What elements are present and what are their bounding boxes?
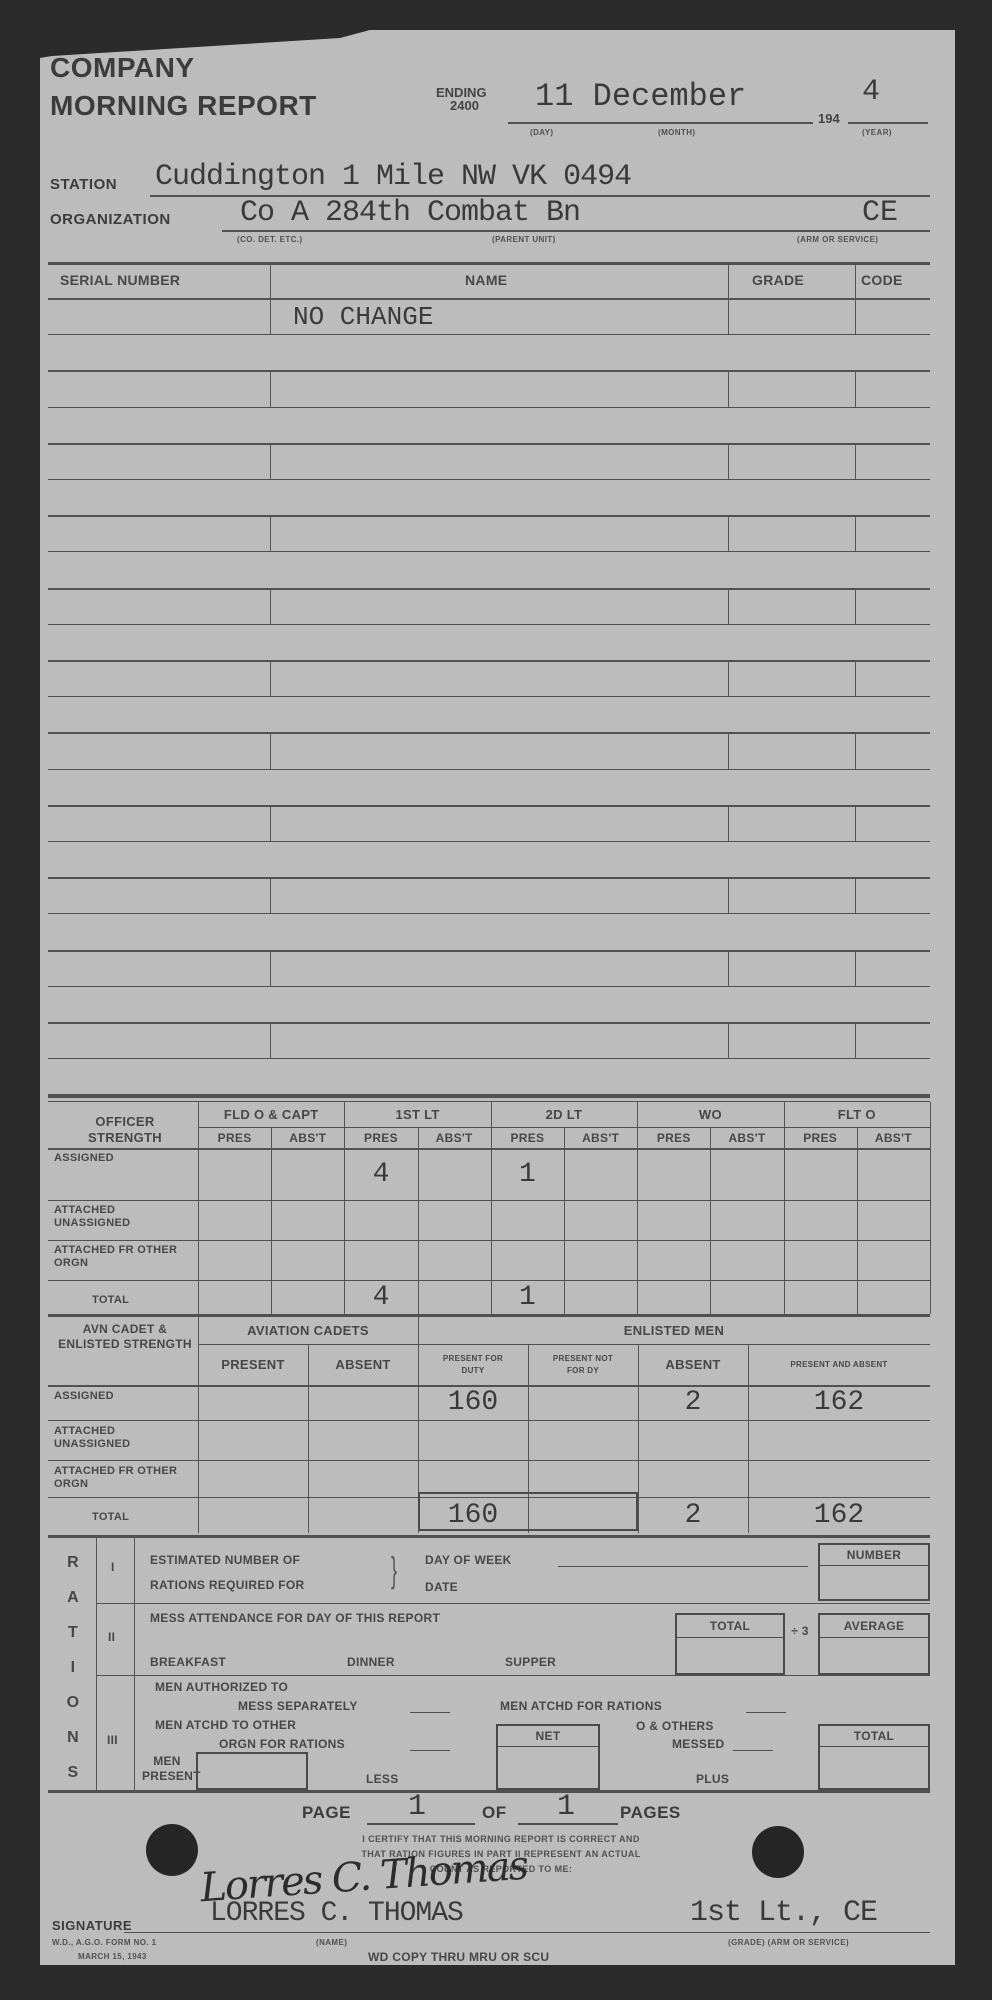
enlisted-men-header: ENLISTED MEN <box>418 1317 930 1344</box>
auth-line2: MESS SEPARATELY <box>238 1699 358 1713</box>
ending-time: 2400 <box>436 99 487 112</box>
caption-day: (DAY) <box>530 128 553 137</box>
officer-cell[interactable] <box>198 1200 271 1240</box>
enlisted-cell[interactable] <box>418 1420 528 1460</box>
report-date: 11 December <box>535 78 746 115</box>
officer-cell[interactable] <box>784 1240 857 1280</box>
rations-part1-bottom <box>96 1603 930 1604</box>
officer-cell[interactable] <box>491 1200 564 1240</box>
officer-cell[interactable] <box>198 1148 271 1200</box>
officer-cell[interactable] <box>271 1240 344 1280</box>
entry-row[interactable] <box>48 950 930 986</box>
enlisted-cell[interactable]: 2 <box>638 1497 748 1533</box>
officer-cell[interactable]: 1 <box>491 1280 564 1314</box>
enlisted-cell[interactable]: 162 <box>748 1385 930 1420</box>
caption-parent-unit: (PARENT UNIT) <box>492 235 556 244</box>
officer-col-divider <box>930 1102 931 1314</box>
enlisted-cell[interactable] <box>528 1420 638 1460</box>
mess-total-label: TOTAL <box>677 1615 783 1638</box>
form-number: W.D., A.G.O. FORM NO. 1 <box>52 1938 156 1947</box>
caption-year: (YEAR) <box>862 128 892 137</box>
caption-co-det: (CO. DET. ETC.) <box>237 235 303 244</box>
mess-total-box[interactable]: TOTAL <box>675 1613 785 1675</box>
enlisted-col-header: PRESENT NOT FOR DY <box>528 1344 638 1385</box>
enlisted-col-header: ABSENT <box>308 1344 418 1385</box>
enlisted-cell[interactable]: 162 <box>748 1497 930 1533</box>
arm-of-service-value: CE <box>862 196 898 230</box>
entry-row[interactable] <box>48 1022 930 1058</box>
col-header-grade: GRADE <box>752 272 804 288</box>
rations-part2-bottom <box>96 1675 930 1676</box>
officer-cell[interactable] <box>784 1280 857 1314</box>
officer-sub-header: PRES <box>637 1127 710 1148</box>
enlisted-cell[interactable] <box>528 1385 638 1420</box>
part3-numeral: III <box>107 1733 118 1747</box>
officer-cell[interactable]: 4 <box>344 1280 417 1314</box>
officer-cell[interactable] <box>710 1240 783 1280</box>
signature-line <box>124 1932 930 1933</box>
atchd-for-rations-field[interactable] <box>746 1712 786 1713</box>
part3-total-box[interactable]: TOTAL <box>818 1724 930 1790</box>
officer-cell[interactable] <box>198 1280 271 1314</box>
officer-cell[interactable]: 1 <box>491 1148 564 1200</box>
enlisted-cell[interactable] <box>198 1420 308 1460</box>
entry-row[interactable] <box>48 696 930 732</box>
officer-sub-header: PRES <box>491 1127 564 1148</box>
enlisted-row-label: ATTACHED FR OTHER ORGN <box>54 1465 194 1491</box>
entry-row[interactable] <box>48 298 930 334</box>
page-total: 1 <box>557 1790 575 1824</box>
caption-grade-arm: (GRADE) (ARM OR SERVICE) <box>728 1938 849 1947</box>
atchd-other-line1: MEN ATCHD TO OTHER <box>155 1718 296 1732</box>
entry-row[interactable] <box>48 551 930 587</box>
officer-cell[interactable] <box>564 1200 637 1240</box>
officer-row-label: ATTACHED UNASSIGNED <box>54 1204 194 1230</box>
officer-sub-header: ABS'T <box>418 1127 491 1148</box>
officer-cell[interactable] <box>271 1200 344 1240</box>
enlisted-cell[interactable] <box>308 1460 418 1497</box>
enlisted-row-label: ATTACHED UNASSIGNED <box>54 1425 194 1451</box>
ending-label: ENDING 2400 <box>436 86 487 112</box>
caption-arm-service: (ARM OR SERVICE) <box>797 235 878 244</box>
rations-divider-2 <box>134 1537 135 1790</box>
form-title-line2: MORNING REPORT <box>50 90 317 122</box>
part1-numeral: I <box>111 1560 115 1574</box>
header-col-divider <box>855 264 856 298</box>
part3-total-label: TOTAL <box>820 1726 928 1747</box>
officer-cell[interactable] <box>857 1280 930 1314</box>
form-date: MARCH 15, 1943 <box>78 1952 147 1961</box>
less-label: LESS <box>366 1772 399 1786</box>
copy-note: WD COPY THRU MRU OR SCU <box>368 1950 549 1964</box>
entry-row[interactable] <box>48 660 930 696</box>
officer-group-header: WO <box>637 1102 783 1127</box>
officer-sub-header: PRES <box>784 1127 857 1148</box>
officer-row-label: ASSIGNED <box>54 1152 194 1165</box>
brace-icon: } <box>391 1550 397 1590</box>
entry-row[interactable] <box>48 1058 930 1094</box>
year-prefix: 194 <box>818 111 840 126</box>
others-line2: MESSED <box>672 1737 724 1751</box>
officer-cell[interactable] <box>491 1240 564 1280</box>
part1-line2: RATIONS REQUIRED FOR <box>150 1578 304 1592</box>
average-box[interactable]: AVERAGE <box>818 1613 930 1675</box>
day-of-week-field[interactable] <box>558 1566 808 1567</box>
rations-divider-1 <box>96 1537 97 1790</box>
officer-row-label: ATTACHED FR OTHER ORGN <box>54 1244 194 1270</box>
part2-title: MESS ATTENDANCE FOR DAY OF THIS REPORT <box>150 1611 440 1625</box>
enlisted-strength-header: AVN CADET & ENLISTED STRENGTH <box>52 1322 198 1352</box>
officer-group-header: 2D LT <box>491 1102 637 1127</box>
enlisted-cell[interactable] <box>308 1497 418 1533</box>
men-present-line2: PRESENT <box>142 1769 192 1784</box>
signature-label: SIGNATURE <box>52 1918 132 1933</box>
officer-cell[interactable] <box>637 1240 710 1280</box>
officer-cell[interactable] <box>418 1240 491 1280</box>
day-of-week-label: DAY OF WEEK <box>425 1553 512 1567</box>
others-messed-field[interactable] <box>733 1750 773 1751</box>
entry-row[interactable] <box>48 407 930 443</box>
officer-cell[interactable] <box>271 1280 344 1314</box>
net-label: NET <box>498 1726 598 1747</box>
entry-row[interactable] <box>48 805 930 841</box>
part2-numeral: II <box>108 1630 115 1644</box>
officer-cell[interactable] <box>784 1200 857 1240</box>
header-col-divider <box>728 264 729 298</box>
entry-row[interactable] <box>48 370 930 406</box>
rations-side-label: RATIONS <box>58 1545 88 1790</box>
entry-row[interactable] <box>48 769 930 805</box>
station-value: Cuddington 1 Mile NW VK 0494 <box>155 160 631 194</box>
atchd-other-line2: ORGN FOR RATIONS <box>219 1737 345 1751</box>
entry-row[interactable] <box>48 588 930 624</box>
officer-cell[interactable] <box>637 1200 710 1240</box>
officer-sub-header: PRES <box>198 1127 271 1148</box>
enlisted-cell[interactable] <box>198 1497 308 1533</box>
enlisted-cell[interactable] <box>638 1420 748 1460</box>
enlisted-col-header: PRESENT AND ABSENT <box>748 1344 930 1385</box>
typed-grade: 1st Lt., CE <box>690 1896 877 1930</box>
plus-label: PLUS <box>696 1772 729 1786</box>
officer-cell[interactable] <box>857 1148 930 1200</box>
officer-cell[interactable] <box>198 1240 271 1280</box>
page-number: 1 <box>408 1790 426 1824</box>
enlisted-cell[interactable] <box>198 1460 308 1497</box>
officer-sub-header: PRES <box>344 1127 417 1148</box>
officer-cell[interactable] <box>710 1280 783 1314</box>
binder-hole-left <box>146 1824 198 1876</box>
atchd-for-rations-label: MEN ATCHD FOR RATIONS <box>500 1699 662 1713</box>
total-present-box <box>418 1492 638 1531</box>
dinner-label: DINNER <box>347 1655 395 1669</box>
col-header-serial-number: SERIAL NUMBER <box>60 272 180 288</box>
officer-cell[interactable] <box>344 1240 417 1280</box>
officer-group-header: 1ST LT <box>344 1102 490 1127</box>
rations-top-border <box>48 1535 930 1538</box>
officer-cell[interactable] <box>710 1148 783 1200</box>
entry-table-top-border <box>48 262 930 265</box>
officer-cell[interactable] <box>418 1280 491 1314</box>
enlisted-cell[interactable] <box>308 1385 418 1420</box>
report-year-digit: 4 <box>862 75 880 109</box>
men-present-label: MEN PRESENT <box>142 1754 192 1784</box>
year-underline <box>848 122 928 124</box>
organization-label: ORGANIZATION <box>50 211 171 228</box>
caption-name: (NAME) <box>316 1938 347 1947</box>
officer-cell[interactable] <box>564 1240 637 1280</box>
entry-row[interactable] <box>48 624 930 660</box>
col-header-code: CODE <box>861 272 903 288</box>
officer-cell[interactable] <box>784 1148 857 1200</box>
men-present-box[interactable] <box>196 1752 308 1790</box>
enlisted-cell[interactable] <box>308 1420 418 1460</box>
officer-strength-header: OFFICER STRENGTH <box>62 1114 188 1146</box>
enlisted-cell[interactable] <box>748 1460 930 1497</box>
rations-side-letter: T <box>58 1615 88 1650</box>
organization-underline <box>222 230 930 232</box>
entry-row[interactable] <box>48 986 930 1022</box>
rations-side-letter: A <box>58 1580 88 1615</box>
number-box[interactable]: NUMBER <box>818 1543 930 1601</box>
rations-side-letter: S <box>58 1755 88 1790</box>
officer-group-header: FLD O & CAPT <box>198 1102 344 1127</box>
caption-month: (MONTH) <box>658 128 695 137</box>
of-label: OF <box>482 1803 507 1823</box>
rations-side-letter: N <box>58 1720 88 1755</box>
enlisted-cell[interactable]: 2 <box>638 1385 748 1420</box>
date-underline <box>508 122 813 124</box>
enlisted-col-header: ABSENT <box>638 1344 748 1385</box>
enlisted-col-header: PRESENT FOR DUTY <box>418 1344 528 1385</box>
entry-row[interactable] <box>48 479 930 515</box>
page-label: PAGE <box>302 1803 351 1823</box>
officer-sub-header: ABS'T <box>857 1127 930 1148</box>
number-box-label: NUMBER <box>820 1545 928 1566</box>
supper-label: SUPPER <box>505 1655 556 1669</box>
entry-row[interactable] <box>48 334 930 370</box>
typed-name: LORRES C. THOMAS <box>210 1898 463 1929</box>
atchd-other-field[interactable] <box>410 1750 450 1751</box>
station-label: STATION <box>50 176 117 193</box>
breakfast-label: BREAKFAST <box>150 1655 226 1669</box>
officer-cell[interactable] <box>857 1200 930 1240</box>
officer-cell[interactable] <box>418 1200 491 1240</box>
officer-sub-header: ABS'T <box>271 1127 344 1148</box>
entry-row[interactable] <box>48 515 930 551</box>
officer-cell[interactable] <box>271 1148 344 1200</box>
entry-row[interactable] <box>48 732 930 768</box>
enlisted-cell[interactable] <box>748 1420 930 1460</box>
officer-cell[interactable] <box>637 1148 710 1200</box>
officer-group-header: FLT O <box>784 1102 930 1127</box>
officer-cell[interactable] <box>710 1200 783 1240</box>
rations-bottom-border <box>48 1790 930 1793</box>
officer-sub-header: ABS'T <box>564 1127 637 1148</box>
date-label: DATE <box>425 1580 458 1594</box>
organization-value: Co A 284th Combat Bn <box>240 196 580 230</box>
officer-cell[interactable] <box>857 1240 930 1280</box>
entry-row[interactable] <box>48 913 930 949</box>
entry-row[interactable] <box>48 877 930 913</box>
others-line1: O & OTHERS <box>636 1719 714 1733</box>
enlisted-cell[interactable] <box>198 1385 308 1420</box>
auth-line1: MEN AUTHORIZED TO <box>155 1680 288 1694</box>
officer-table-top-border <box>48 1095 930 1098</box>
form-title-line1: COMPANY <box>50 52 195 84</box>
rations-side-letter: R <box>58 1545 88 1580</box>
average-label: AVERAGE <box>820 1615 928 1638</box>
part1-line1: ESTIMATED NUMBER OF <box>150 1553 300 1567</box>
officer-cell[interactable] <box>637 1280 710 1314</box>
entry-row[interactable] <box>48 841 930 877</box>
enlisted-col-header: PRESENT <box>198 1344 308 1385</box>
mess-separately-field[interactable] <box>410 1712 450 1713</box>
net-box[interactable]: NET <box>496 1724 600 1790</box>
rations-side-letter: O <box>58 1685 88 1720</box>
men-present-line1: MEN <box>142 1754 192 1769</box>
rations-side-letter: I <box>58 1650 88 1685</box>
officer-cell[interactable] <box>564 1280 637 1314</box>
officer-cell[interactable] <box>564 1148 637 1200</box>
enlisted-cell[interactable]: 160 <box>418 1385 528 1420</box>
enlisted-row-label: ASSIGNED <box>54 1390 194 1403</box>
aviation-cadets-header: AVIATION CADETS <box>198 1317 418 1344</box>
officer-cell[interactable] <box>344 1200 417 1240</box>
officer-cell[interactable]: 4 <box>344 1148 417 1200</box>
header-col-divider <box>270 264 271 298</box>
enlisted-cell[interactable] <box>638 1460 748 1497</box>
col-header-name: NAME <box>465 272 507 288</box>
officer-cell[interactable] <box>418 1148 491 1200</box>
entry-row[interactable] <box>48 443 930 479</box>
officer-sub-header: ABS'T <box>710 1127 783 1148</box>
divide-by-three: ÷ 3 <box>790 1622 810 1640</box>
binder-hole-right <box>752 1826 804 1878</box>
pages-label: PAGES <box>620 1803 681 1823</box>
